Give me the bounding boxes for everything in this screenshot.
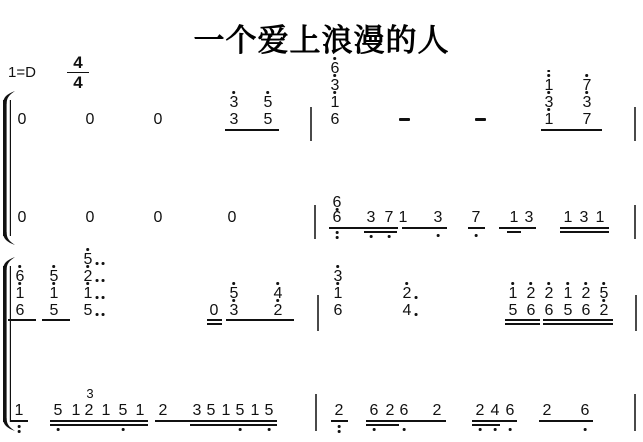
beam-line [499,227,536,229]
note-digit: 1 [331,96,340,109]
octave-dot [373,428,376,431]
octave-dot [509,428,512,431]
beam-line [81,424,148,426]
note-digit: 2 [335,404,344,417]
octave-dot [584,428,587,431]
octave-dot-above [277,299,280,302]
note-digit: 0 [228,211,237,224]
octave-dot-above [53,282,56,285]
beam-line [472,420,517,422]
beam-line [505,323,540,325]
barline [310,107,312,141]
note-digit: 2 [545,287,554,300]
octave-dot-above [530,282,533,285]
note-digit: 5 [564,304,573,317]
octave-dot-above [87,265,90,268]
octave-dot-above [567,282,570,285]
barline [634,205,636,239]
octave-dot-above [337,265,340,268]
augmentation-dot [101,262,104,265]
octave-dot [475,234,478,237]
note-digit: 6 [545,304,554,317]
octave-dot-above [603,282,606,285]
note-digit: 0 [210,304,219,317]
beam-line [8,319,36,321]
note-digit: 2 [527,287,536,300]
note-digit: 1 [15,404,24,417]
note-digit: 6 [400,404,409,417]
note-digit: 2 [582,287,591,300]
octave-dot-above [87,248,90,251]
note-digit: 5 [264,113,273,126]
beam-line [543,323,613,325]
beam-line [472,424,500,426]
octave-dot [494,428,497,431]
augmentation-dot [415,296,418,299]
dash-note [475,118,486,121]
octave-dot [18,425,21,428]
beam-line [366,420,399,422]
beam-line [364,231,397,233]
beam-line [207,323,222,325]
note-digit: 2 [85,404,94,417]
note-digit: 2 [159,404,168,417]
beam-line [218,424,277,426]
barline [635,295,637,331]
note-digit: 4 [491,404,500,417]
note-digit: 3 [193,404,202,417]
note-digit: 4 [403,304,412,317]
augmentation-dot [101,313,104,316]
note-digit: 5 [54,404,63,417]
octave-dot [437,234,440,237]
octave-dot [388,235,391,238]
beam-line [207,319,222,321]
note-digit: 3 [434,211,443,224]
score-page: 一个爱上浪漫的人 1=D 4 4 00033556316131737000066… [0,0,643,442]
note-digit: 6 [370,404,379,417]
augmentation-dot [96,262,99,265]
beam-line [539,420,593,422]
octave-dot [370,235,373,238]
beam-line [560,227,609,229]
octave-dot-above [233,91,236,94]
augmentation-dot [415,313,418,316]
octave-dot [338,425,341,428]
note-digit: 3 [580,211,589,224]
octave-dot-above [548,70,551,73]
note-digit: 1 [510,211,519,224]
note-digit: 3 [230,304,239,317]
note-digit: 5 [84,304,93,317]
augmentation-dot [96,279,99,282]
beam-line [218,420,277,422]
note-digit: 6 [581,404,590,417]
augmentation-dot [101,296,104,299]
augmentation-dot [96,313,99,316]
octave-dot-above [406,282,409,285]
augmentation-dot [101,279,104,282]
note-digit: 3 [583,96,592,109]
note-digit: 1 [564,287,573,300]
beam-line [226,319,294,321]
note-digit: 2 [403,287,412,300]
octave-dot [18,430,21,433]
note-digit: 1 [50,287,59,300]
note-digit: 6 [527,304,536,317]
note-digit: 5 [50,304,59,317]
note-digit: 2 [433,404,442,417]
beam-line [560,231,609,233]
note-digit: 5 [236,404,245,417]
beam-line [42,319,70,321]
octave-dot [122,428,125,431]
note-digit: 7 [583,113,592,126]
barline [634,394,636,431]
note-digit: 1 [251,404,260,417]
octave-dot-above [19,265,22,268]
barline [315,394,317,431]
note-digit: 6 [506,404,515,417]
octave-dot [336,236,339,239]
note-digit: 6 [333,211,342,224]
octave-dot-above [586,91,589,94]
note-digit: 1 [509,287,518,300]
dash-note [399,118,410,121]
system-bracket [1,90,19,246]
note-digit: 1 [16,287,25,300]
octave-dot-above [53,265,56,268]
octave-dot [239,428,242,431]
octave-dot-above [548,74,551,77]
beam-line [50,424,85,426]
score-canvas: 0003355631613173700006637137131316165155… [0,0,643,442]
note-digit: 0 [18,211,27,224]
octave-dot-above [334,74,337,77]
tuplet-number: 3 [86,388,93,399]
augmentation-dot [96,296,99,299]
beam-line [505,319,540,321]
beam-line [155,420,219,422]
beam-line [331,420,348,422]
barline [634,107,636,141]
beam-line [543,319,613,321]
octave-dot-above [87,282,90,285]
octave-dot-above [548,91,551,94]
note-digit: 6 [334,304,343,317]
note-digit: 1 [545,113,554,126]
octave-dot-above [603,299,606,302]
note-digit: 3 [367,211,376,224]
note-digit: 3 [525,211,534,224]
beam-line [541,129,602,131]
note-digit: 0 [154,113,163,126]
note-digit: 1 [136,404,145,417]
beam-line [81,420,148,422]
note-digit: 6 [16,304,25,317]
beam-line [402,227,447,229]
note-digit: 1 [334,287,343,300]
note-digit: 1 [72,404,81,417]
octave-dot-above [233,282,236,285]
beam-line [366,424,399,426]
note-digit: 5 [207,404,216,417]
note-digit: 1 [399,211,408,224]
octave-dot-above [548,282,551,285]
octave-dot [479,428,482,431]
octave-dot-above [337,282,340,285]
beam-line [468,227,485,229]
note-digit: 7 [385,211,394,224]
barline [317,295,319,331]
note-digit: 2 [543,404,552,417]
note-digit: 7 [472,211,481,224]
beam-line [396,420,446,422]
note-digit: 0 [18,113,27,126]
beam-line [225,129,279,131]
octave-dot [403,428,406,431]
note-digit: 3 [230,113,239,126]
note-digit: 2 [274,304,283,317]
note-digit: 0 [154,211,163,224]
note-digit: 1 [564,211,573,224]
note-digit: 0 [86,113,95,126]
octave-dot-above [277,282,280,285]
beam-line [11,420,28,422]
octave-dot-above [585,282,588,285]
beam-line [50,420,85,422]
octave-dot-above [586,74,589,77]
note-digit: 6 [331,113,340,126]
note-digit: 5 [509,304,518,317]
beam-line [190,424,219,426]
note-digit: 1 [222,404,231,417]
octave-dot-above [233,299,236,302]
note-digit: 2 [476,404,485,417]
note-digit: 1 [596,211,605,224]
octave-dot [57,428,60,431]
octave-dot [338,430,341,433]
barline [314,205,316,239]
octave-dot-above [267,91,270,94]
beam-line [507,231,521,233]
note-digit: 2 [386,404,395,417]
beam-line [329,227,398,229]
note-digit: 5 [265,404,274,417]
octave-dot [336,231,339,234]
octave-dot-above [19,282,22,285]
octave-dot-above [548,108,551,111]
note-digit: 1 [102,404,111,417]
octave-dot [268,428,271,431]
note-digit: 0 [86,211,95,224]
octave-dot-above [512,282,515,285]
note-digit: 6 [582,304,591,317]
note-digit: 5 [119,404,128,417]
note-digit: 5 [264,96,273,109]
note-digit: 3 [230,96,239,109]
note-digit: 1 [84,287,93,300]
octave-dot-above [334,91,337,94]
note-digit: 2 [600,304,609,317]
octave-dot-above [334,57,337,60]
